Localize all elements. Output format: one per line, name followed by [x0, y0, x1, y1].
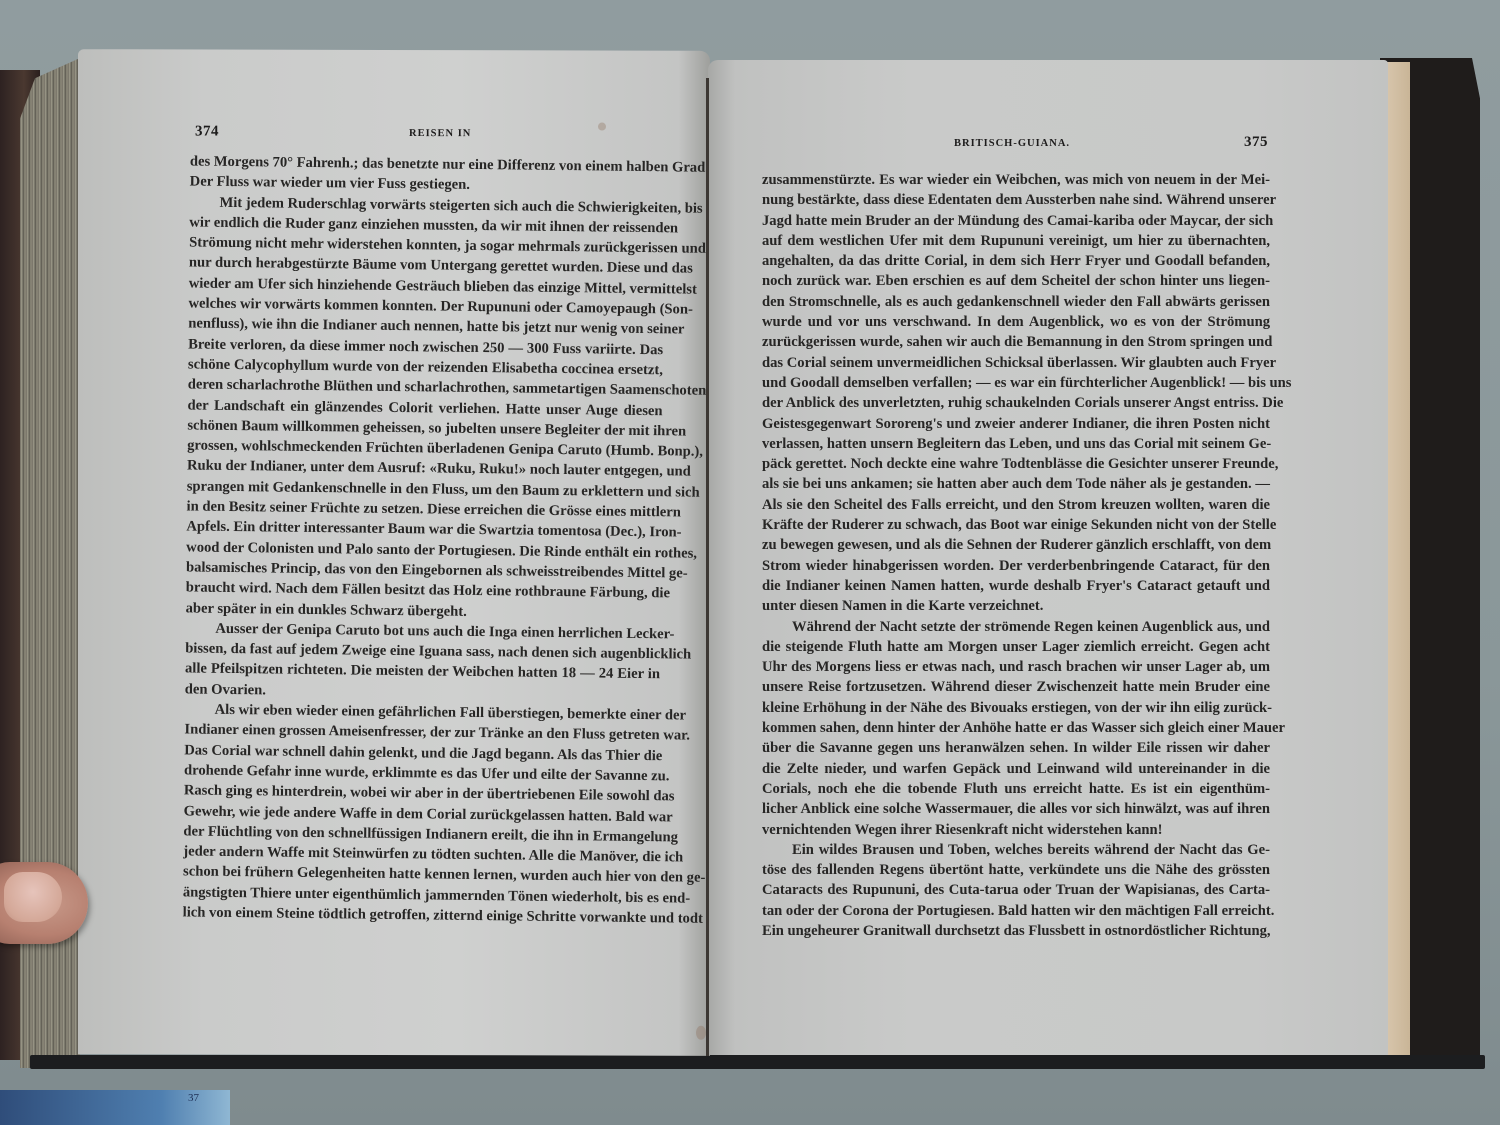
- text-line: Während der Nacht setzte der strömende R…: [762, 617, 1270, 637]
- text-line: Jagd hatte mein Bruder an der Mündung de…: [762, 211, 1270, 231]
- right-page: BRITISCH-GUIANA. 375 zusammenstürzte. Es…: [708, 60, 1388, 1055]
- text-line: die Indianer keinen Namen hatten, wurde …: [762, 576, 1270, 596]
- text-line: und Goodall demselben verfallen; — es wa…: [762, 373, 1270, 393]
- running-title-left: REISEN IN: [409, 128, 471, 139]
- text-line: verlassen, hatten unsern Begleitern das …: [762, 434, 1270, 454]
- page-number-right: 375: [1244, 134, 1268, 151]
- text-line: die Zelte nieder, und warfen Gepäck und …: [762, 759, 1270, 779]
- paper-stain: [598, 123, 606, 131]
- text-line: Ein ungeheurer Granitwall durchsetzt das…: [762, 921, 1270, 941]
- text-line: vernichtenden Wegen ihrer Riesenkraft ni…: [762, 820, 1270, 840]
- text-line: als sie bei uns ankamen; sie hatten aber…: [762, 474, 1270, 494]
- text-line: päck gerettet. Noch deckte eine wahre To…: [762, 454, 1270, 474]
- text-line: den Stromschnelle, als es auch gedankens…: [762, 292, 1270, 312]
- text-line: über die Savanne gegen uns heranwälzen s…: [762, 738, 1270, 758]
- text-line: licher Anblick eine solche Wassermauer, …: [762, 799, 1270, 819]
- text-line: zusammenstürzte. Es war wieder ein Weibc…: [762, 170, 1270, 190]
- text-line: zu bewegen gewesen, und als die Sehnen d…: [762, 535, 1270, 555]
- text-line: die steigende Fluth hatte am Morgen unse…: [762, 637, 1270, 657]
- running-title-right: BRITISCH-GUIANA.: [954, 138, 1070, 149]
- blue-label-strip: 37: [0, 1090, 230, 1125]
- text-line: tan oder der Corona der Portugiesen. Bal…: [762, 901, 1270, 921]
- text-line: auf dem westlichen Ufer mit dem Rupununi…: [762, 231, 1270, 251]
- text-line: Corials, noch ehe die tobende Fluth uns …: [762, 779, 1270, 799]
- paper-stain: [696, 1026, 706, 1040]
- text-line: wurde und vor uns verschwand. In dem Aug…: [762, 312, 1270, 332]
- left-running-head: 374 REISEN IN: [195, 123, 685, 141]
- book-bottom-edge: [30, 1055, 1485, 1069]
- thumb-holding-page: [0, 862, 88, 944]
- right-running-head: BRITISCH-GUIANA. 375: [758, 134, 1268, 151]
- text-line: Als sie den Scheitel des Falls erreicht,…: [762, 495, 1270, 515]
- page-number-left: 374: [195, 123, 219, 140]
- book-gutter: [706, 78, 709, 1056]
- left-body-text: des Morgens 70° Fahrenh.; das benetzte n…: [183, 151, 665, 928]
- text-line: Uhr des Morgens liess er etwas nach, und…: [762, 657, 1270, 677]
- text-line: unsere Reise fortzusetzen. Während diese…: [762, 677, 1270, 697]
- text-line: nung bestärkte, dass diese Edentaten dem…: [762, 190, 1270, 210]
- text-line: kommen sahen, denn hinter der Anhöhe hat…: [762, 718, 1270, 738]
- text-line: noch zurück war. Eben erschien es auf de…: [762, 271, 1270, 291]
- label-strip-text: 37: [188, 1092, 199, 1104]
- text-line: angehalten, da das dritte Corial, in dem…: [762, 251, 1270, 271]
- left-page: 374 REISEN IN des Morgens 70° Fahrenh.; …: [78, 49, 710, 1056]
- text-line: zurückgerissen wurde, sahen wir auch die…: [762, 332, 1270, 352]
- text-line: Cataracts des Rupununi, des Cuta-tarua o…: [762, 880, 1270, 900]
- text-line: der Anblick des unverletzten, ruhig scha…: [762, 393, 1270, 413]
- right-body-text: zusammenstürzte. Es war wieder ein Weibc…: [762, 170, 1270, 941]
- text-line: unter diesen Namen in die Karte verzeich…: [762, 596, 1270, 616]
- text-line: Ein wildes Brausen und Toben, welches be…: [762, 840, 1270, 860]
- text-line: töse des fallenden Regens übertönt hatte…: [762, 860, 1270, 880]
- text-line: Strom wieder hinabgerissen worden. Der v…: [762, 556, 1270, 576]
- thumbnail-nail: [4, 872, 62, 922]
- text-line: kleine Erhöhung in der Nähe des Bivouaks…: [762, 698, 1270, 718]
- text-line: das Corial seinem unvermeidlichen Schick…: [762, 353, 1270, 373]
- text-line: Kräfte der Ruderer zu schwach, das Boot …: [762, 515, 1270, 535]
- text-line: Geistesgegenwart Sororeng's und zweier a…: [762, 414, 1270, 434]
